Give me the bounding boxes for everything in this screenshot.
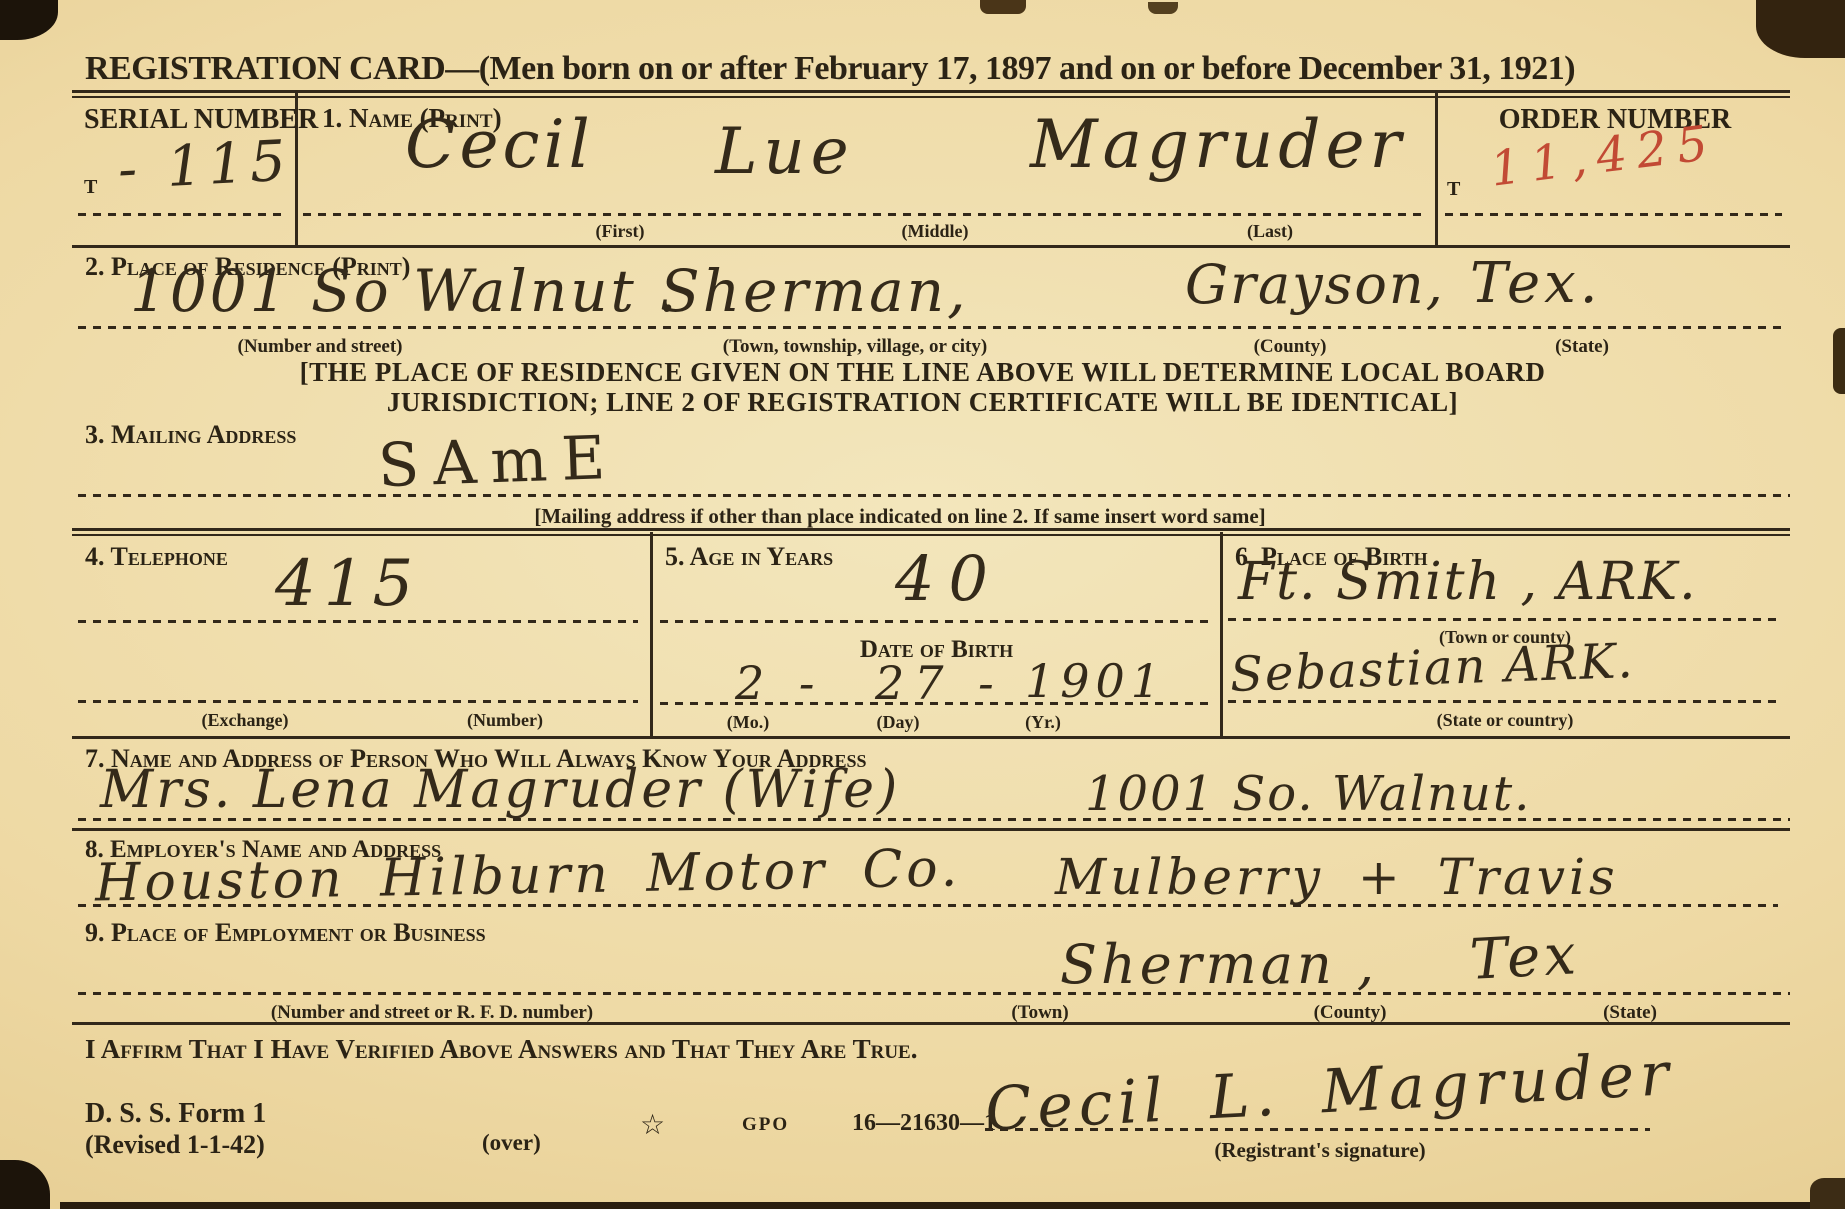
scan-artifact: [1810, 1178, 1845, 1209]
employment-line: [78, 992, 1790, 995]
card-title: REGISTRATION CARD—(Men born on or after …: [85, 50, 1575, 88]
mailing-value: SAmE: [377, 428, 620, 496]
registration-card: REGISTRATION CARD—(Men born on or after …: [0, 0, 1845, 1209]
print-code: 16—21630—1: [852, 1110, 996, 1137]
section-rule: [72, 245, 1790, 248]
dob-sub-year: (Yr.): [1025, 712, 1061, 733]
telephone-value: 415: [275, 552, 421, 616]
over-note: (over): [482, 1130, 541, 1156]
scan-artifact: [60, 1202, 1845, 1209]
residence-sub-street: (Number and street): [238, 336, 403, 358]
contact-name-value: Mrs. Lena Magruder (Wife): [100, 764, 900, 816]
telephone-sub-number: (Number): [467, 710, 543, 731]
age-label: 5. Age in Years: [665, 542, 833, 572]
scan-artifact: [1148, 2, 1178, 14]
name-sub-middle: (Middle): [902, 221, 969, 242]
scan-artifact: [980, 0, 1026, 14]
residence-county-value: Grayson,: [1185, 258, 1445, 312]
employment-sub-county: (County): [1314, 1002, 1387, 1024]
employment-sub-town: (Town): [1011, 1002, 1068, 1024]
order-number-prefix: T: [1447, 178, 1460, 201]
name-line: [303, 213, 1428, 216]
telephone-line: [78, 620, 638, 623]
star-icon: ☆: [640, 1108, 665, 1142]
serial-number-prefix: T: [84, 176, 97, 199]
dob-sub-month: (Mo.): [727, 712, 769, 733]
residence-sub-town: (Town, township, village, or city): [723, 336, 987, 358]
contact-address-value: 1001 So. Walnut.: [1085, 770, 1531, 818]
residence-state-value: Tex.: [1470, 256, 1602, 312]
dob-year-value: 1901: [1025, 658, 1166, 704]
residence-sub-county: (County): [1254, 336, 1327, 358]
jurisdiction-note-line2: JURISDICTION; LINE 2 OF REGISTRATION CER…: [0, 387, 1845, 418]
name-first-value: Cecil: [405, 112, 594, 178]
name-middle-value: Lue: [715, 120, 855, 184]
signature-line: [985, 1128, 1650, 1131]
residence-line: [78, 326, 1783, 329]
dob-line: [660, 702, 1213, 705]
mailing-line: [78, 494, 1790, 497]
employment-sub-state: (State): [1603, 1002, 1657, 1024]
name-sub-last: (Last): [1247, 221, 1293, 242]
column-divider: [650, 532, 653, 737]
dob-month-value: 2 -: [735, 660, 824, 706]
column-divider: [1435, 92, 1438, 245]
scan-artifact: [0, 1160, 50, 1209]
serial-number-line: [78, 213, 288, 216]
employment-town-value: Sherman ,: [1060, 938, 1378, 992]
form-number: D. S. S. Form 1: [85, 1098, 266, 1130]
name-last-value: Magruder: [1030, 112, 1406, 178]
telephone-line2: [78, 700, 638, 703]
age-line: [660, 620, 1213, 623]
employer-line: [78, 904, 1778, 907]
section-rule: [72, 528, 1790, 536]
contact-line: [78, 818, 1790, 821]
employment-state-value: Tex: [1469, 927, 1582, 989]
signature-caption: (Registrant's signature): [1214, 1138, 1425, 1163]
mailing-caption: [Mailing address if other than place ind…: [534, 504, 1265, 529]
birth-sub-state: (State or country): [1437, 710, 1574, 731]
form-revised: (Revised 1-1-42): [85, 1130, 265, 1160]
section-rule: [72, 828, 1790, 831]
residence-street-value: 1001 So Walnut .: [130, 262, 680, 320]
residence-town-value: Sherman,: [660, 262, 969, 320]
employment-sub-street: (Number and street or R. F. D. number): [271, 1002, 593, 1024]
serial-number-value: - 115: [117, 133, 293, 198]
dob-sub-day: (Day): [877, 712, 920, 733]
birth-town-line: [1228, 618, 1783, 621]
registrant-signature: Cecil L. Magruder: [984, 1044, 1676, 1140]
name-sub-first: (First): [596, 221, 645, 242]
scan-artifact: [1756, 0, 1845, 58]
jurisdiction-note-line1: [THE PLACE OF RESIDENCE GIVEN ON THE LIN…: [0, 357, 1845, 388]
header-rule: [72, 90, 1790, 98]
employer-name-value: Houston Hilburn Motor Co.: [95, 842, 962, 909]
column-divider: [1220, 532, 1223, 737]
birth-town-value: Ft. Smith , ARK.: [1238, 556, 1698, 608]
telephone-label: 4. Telephone: [85, 542, 228, 572]
age-value: 40: [895, 548, 1002, 610]
gpo-label: GPO: [742, 1114, 789, 1136]
order-number-line: [1445, 213, 1782, 216]
employer-address-value: Mulberry + Travis: [1055, 852, 1619, 902]
employment-label: 9. Place of Employment or Business: [85, 918, 486, 948]
birth-state-value: Sebastian ARK.: [1229, 637, 1635, 699]
scan-artifact: [0, 0, 58, 40]
affirmation-text: I Affirm That I Have Verified Above Answ…: [85, 1034, 917, 1065]
birth-state-line: [1228, 700, 1783, 703]
residence-sub-state: (State): [1555, 336, 1609, 358]
section-rule: [72, 736, 1790, 739]
section-rule: [72, 1022, 1790, 1025]
mailing-label: 3. Mailing Address: [85, 420, 296, 450]
telephone-sub-exchange: (Exchange): [202, 710, 289, 731]
dob-day-value: 27 -: [875, 660, 1004, 706]
